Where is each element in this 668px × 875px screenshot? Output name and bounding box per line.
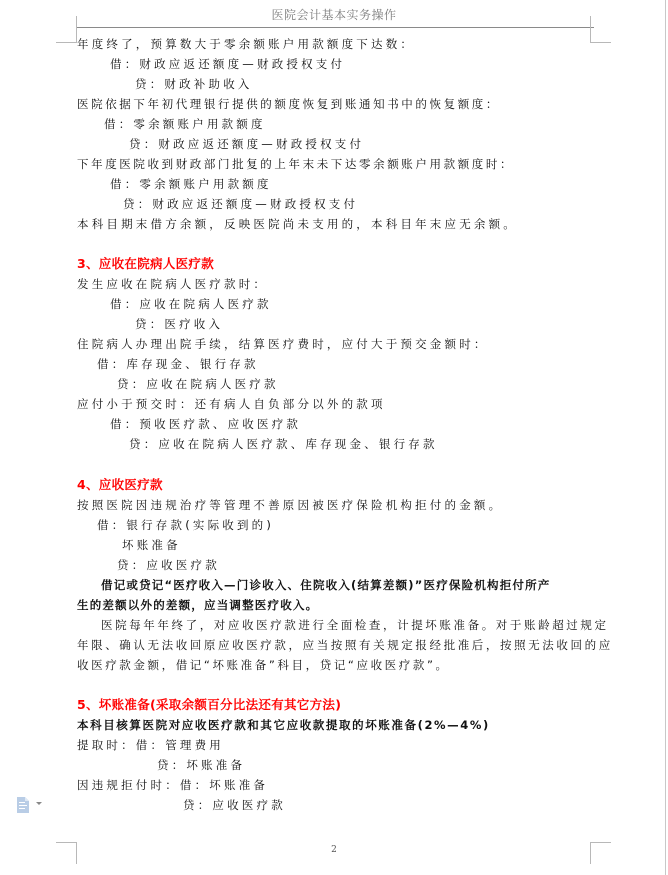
bold-paragraph-line: 生的差额以外的差额，应当调整医疗收入。 [77, 597, 318, 613]
text-line: 因违规拒付时：借：坏账准备 [77, 777, 268, 793]
text-line: 按照医院因违规治疗等管理不善原因被医疗保险机构拒付的金额。 [77, 497, 503, 513]
corner-mark [56, 42, 77, 43]
section-heading-5: 5、坏账准备(采取余额百分比法还有其它方法) [77, 697, 341, 713]
page-number: 2 [0, 845, 668, 855]
corner-mark [56, 842, 77, 843]
bold-line: 本科目核算医院对应收医疗款和其它应收款提取的坏账准备(2%—4%) [77, 717, 490, 733]
credit-line: 贷：坏账准备 [157, 757, 245, 773]
bold-paragraph-line: 借记或贷记“医疗收入—门诊收入、住院收入(结算差额)”医疗保险机构拒付所产 [101, 577, 551, 593]
document-options-icon[interactable] [17, 797, 29, 813]
debit-line: 借：库存现金、银行存款 [97, 356, 259, 372]
page-edge [665, 0, 666, 875]
debit-line: 坏账准备 [122, 537, 181, 553]
debit-line: 借：应收在院病人医疗款 [110, 296, 272, 312]
text-line: 发生应收在院病人医疗款时： [77, 276, 268, 292]
credit-line: 贷：应收在院病人医疗款 [117, 376, 279, 392]
debit-line: 借：银行存款(实际收到的) [97, 517, 274, 533]
header-rule [77, 27, 594, 28]
text-line: 住院病人办理出院手续，结算医疗费时，应付大于预交金额时： [77, 336, 489, 352]
text-line: 医院依据下年初代理银行提供的额度恢复到账通知书中的恢复额度： [77, 96, 500, 112]
paragraph-line: 医院每年年终了，对应收医疗款进行全面检查，计提坏账准备。对于账龄超过规定 [101, 617, 609, 633]
credit-line: 贷：财政补助收入 [135, 76, 253, 92]
corner-mark [590, 16, 591, 42]
corner-mark [590, 842, 611, 843]
paragraph-line: 年限、确认无法收回原应收医疗款，应当按照有关规定报经批准后，按照无法收回的应 [77, 637, 613, 653]
credit-line: 贷：财政应返还额度—财政授权支付 [123, 196, 358, 212]
debit-line: 借：财政应返还额度—财政授权支付 [110, 56, 345, 72]
credit-line: 贷：应收医疗款 [117, 557, 220, 573]
header-title: 医院会计基本实务操作 [0, 6, 668, 23]
text-line: 本科目期末借方余额，反映医院尚未支用的，本科目年末应无余额。 [77, 216, 518, 232]
debit-line: 借：零余额账户用款额度 [110, 176, 272, 192]
section-heading-3: 3、应收在院病人医疗款 [77, 256, 214, 272]
section-heading-4: 4、应收医疗款 [77, 477, 163, 493]
text-line: 应付小于预交时：还有病人自负部分以外的款项 [77, 396, 386, 412]
text-line: 提取时：借：管理费用 [77, 737, 224, 753]
corner-mark [590, 42, 611, 43]
credit-line: 贷：财政应返还额度—财政授权支付 [129, 136, 364, 152]
credit-line: 贷：应收在院病人医疗款、库存现金、银行存款 [129, 436, 438, 452]
paragraph-line: 收医疗款金额，借记“坏账准备”科目，贷记“应收医疗款”。 [77, 657, 450, 673]
credit-line: 贷：医疗收入 [135, 316, 223, 332]
chevron-down-icon[interactable] [36, 802, 42, 805]
debit-line: 借：预收医疗款、应收医疗款 [110, 416, 301, 432]
text-line: 年度终了，预算数大于零余额账户用款额度下达数： [77, 36, 415, 52]
text-line: 下年度医院收到财政部门批复的上年末未下达零余额账户用款额度时： [77, 156, 514, 172]
credit-line: 贷：应收医疗款 [183, 797, 286, 813]
debit-line: 借：零余额账户用款额度 [104, 116, 266, 132]
